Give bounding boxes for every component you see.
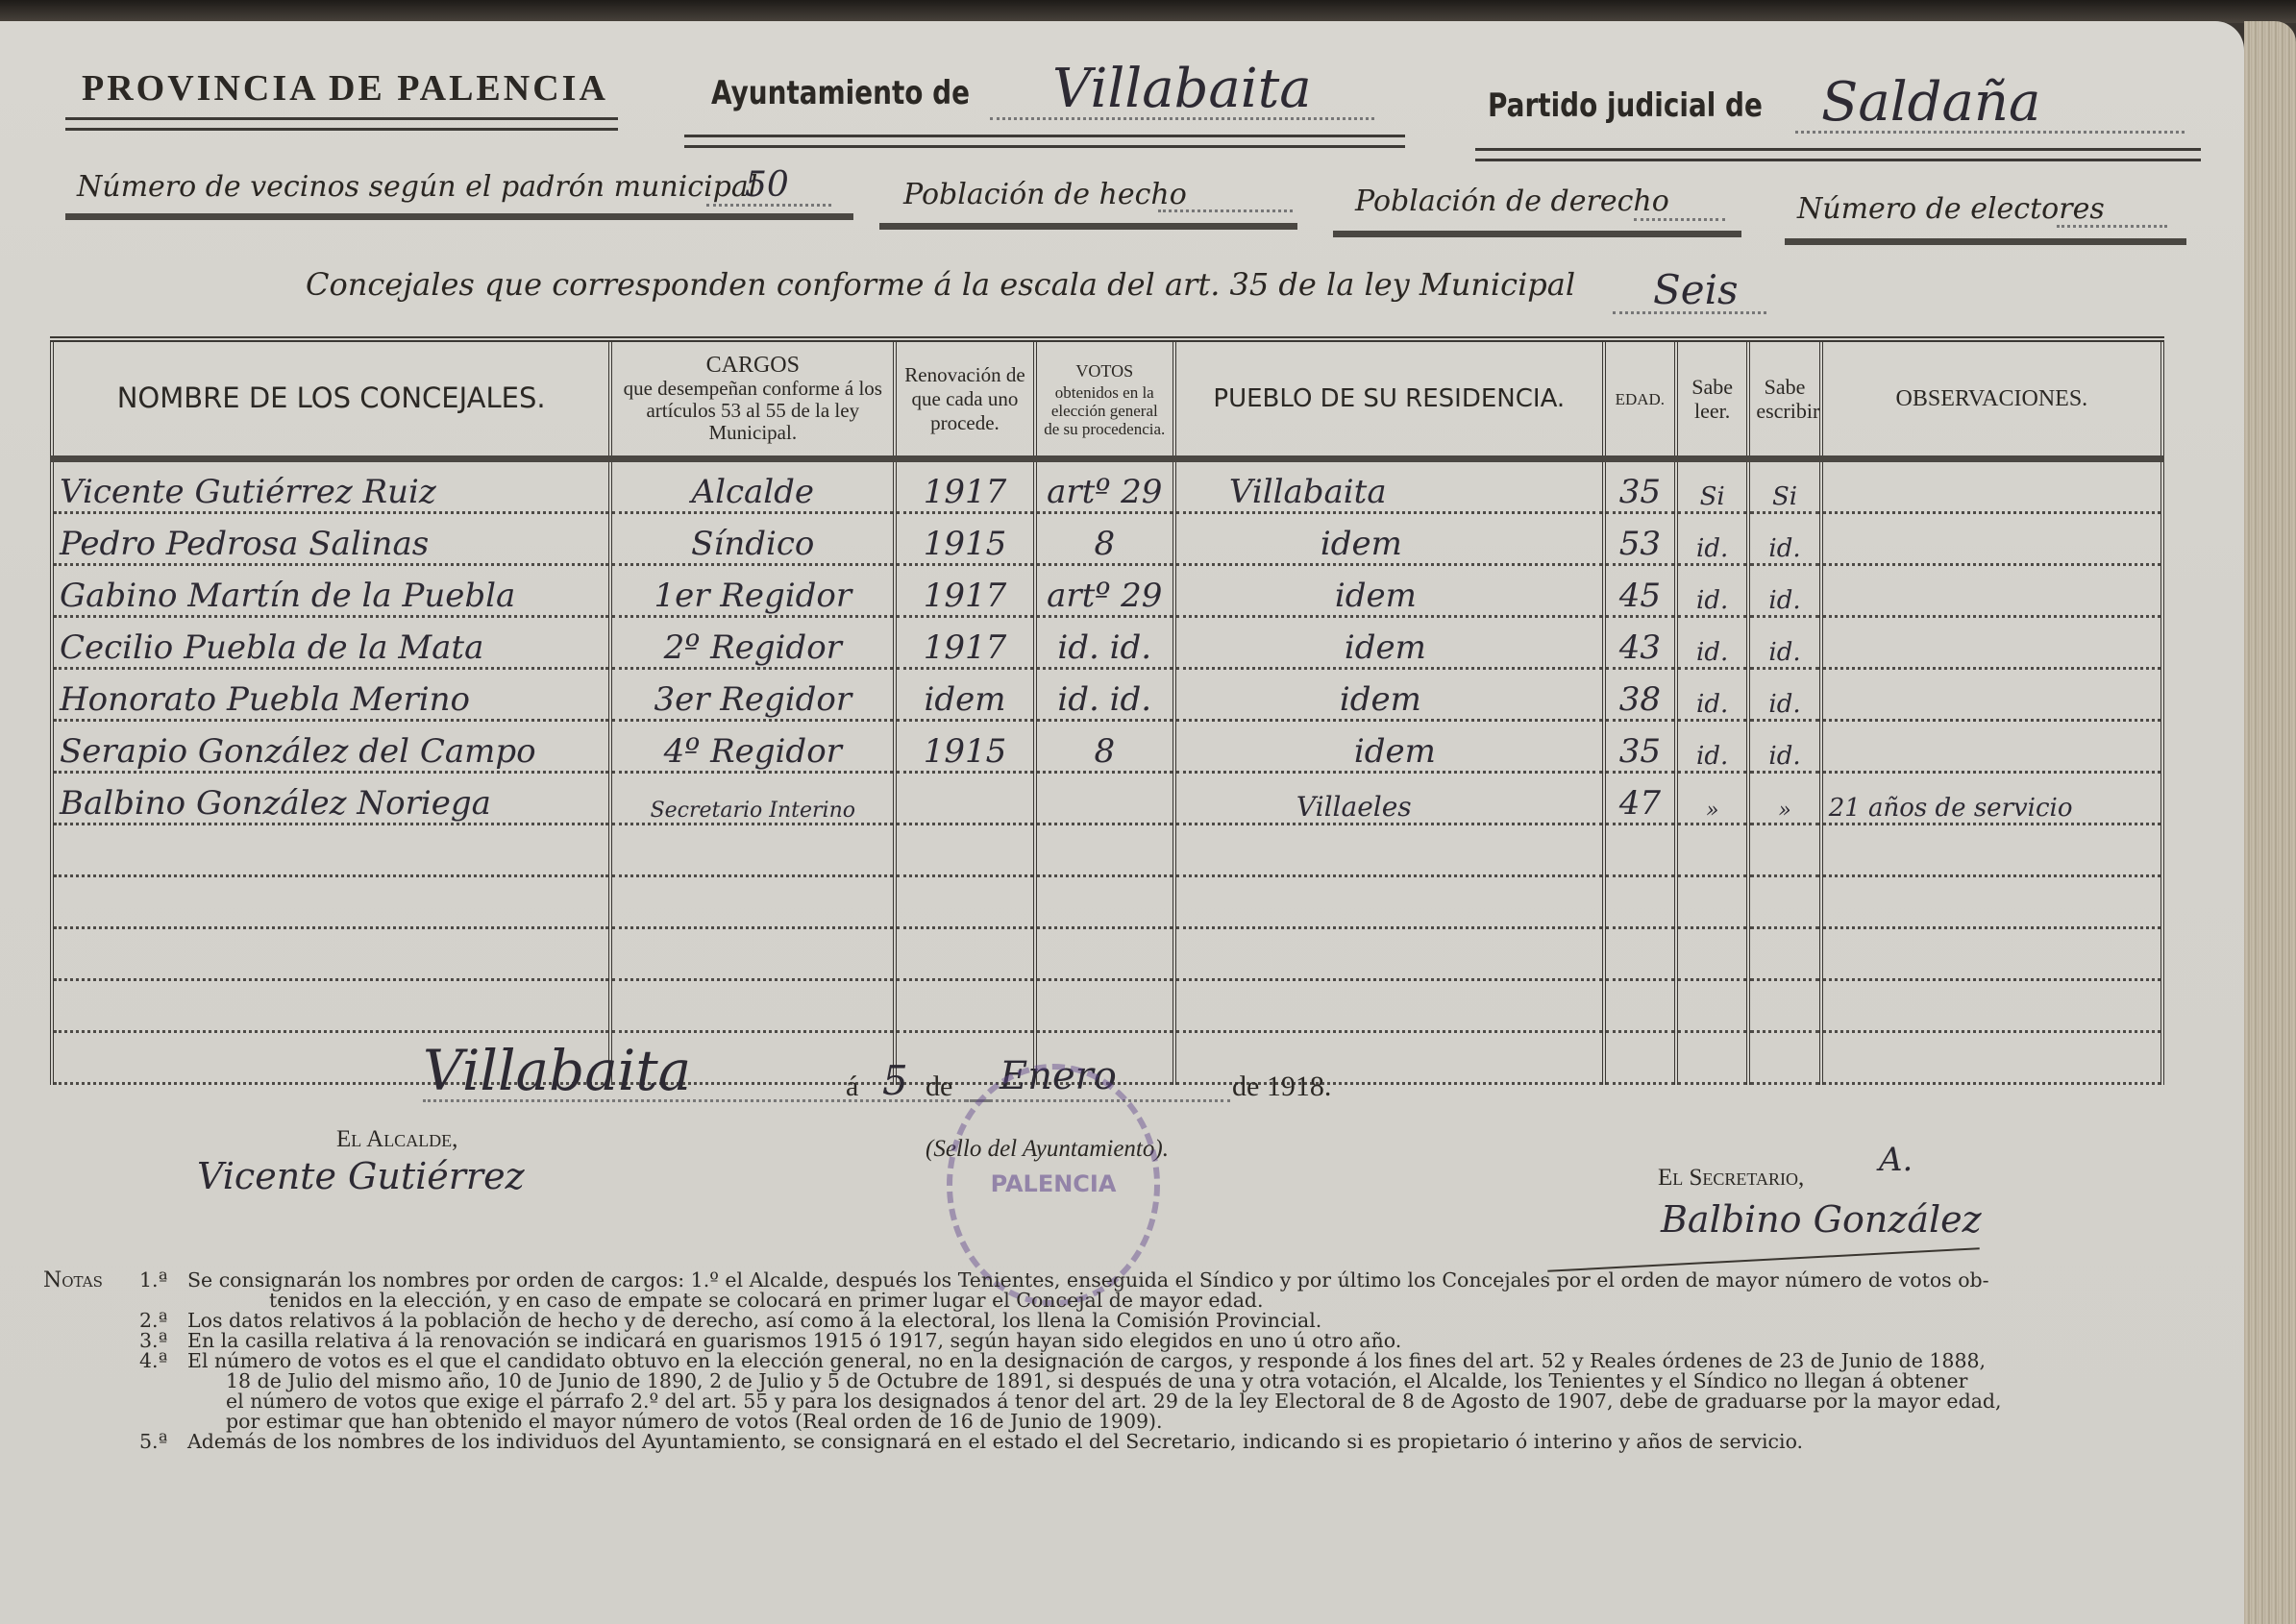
cell-cargo: 3er Regidor: [610, 669, 895, 721]
de-label: de: [926, 1070, 952, 1103]
cell-nombre: Vicente Gutiérrez Ruiz: [52, 459, 610, 513]
table-row: Honorato Puebla Merino 3er Regidor idem …: [52, 669, 2162, 721]
cell-edad: 53: [1604, 513, 1676, 565]
note-number: 5.ª: [139, 1432, 187, 1452]
cell-pueblo: Villaeles: [1174, 773, 1604, 824]
cell-leer: id.: [1676, 721, 1748, 773]
cell-renovacion: 1915: [895, 513, 1034, 565]
cell-cargo: Alcalde: [610, 459, 895, 513]
table-row-empty: [52, 980, 2162, 1032]
col-header-nombre: NOMBRE DE LOS CONCEJALES.: [52, 339, 610, 459]
cell-escribir: id.: [1748, 721, 1820, 773]
document-page: PROVINCIA DE PALENCIA Ayuntamiento de Vi…: [0, 21, 2244, 1624]
note-item: tenidos en la elección, y en caso de emp…: [139, 1291, 2002, 1311]
cell-pueblo: idem: [1174, 721, 1604, 773]
partido-label: Partido judicial de: [1488, 86, 1763, 125]
cell-cargo: Secretario Interino: [610, 773, 895, 824]
poblacion-derecho-field[interactable]: [1634, 218, 1725, 221]
province-title: PROVINCIA DE PALENCIA: [82, 67, 608, 110]
cell-nombre: Pedro Pedrosa Salinas: [52, 513, 610, 565]
note-item: 5.ªAdemás de los nombres de los individu…: [139, 1432, 2002, 1452]
col-header-cargos-title: CARGOS: [618, 354, 887, 378]
place-value: Villabaita: [423, 1038, 691, 1103]
concejales-label: Concejales que corresponden conforme á l…: [306, 266, 1575, 303]
cell-votos: id. id.: [1035, 617, 1174, 669]
note-number: 2.ª: [139, 1311, 187, 1331]
cell-edad: 35: [1604, 721, 1676, 773]
table-row: Serapio González del Campo 4º Regidor 19…: [52, 721, 2162, 773]
cell-nombre: Honorato Puebla Merino: [52, 669, 610, 721]
book-binding: [0, 0, 2296, 23]
cell-leer: Si: [1676, 459, 1748, 513]
col-header-leer: Sabe leer.: [1676, 339, 1748, 459]
cell-votos: artº 29: [1035, 565, 1174, 617]
cell-renovacion: idem: [895, 669, 1034, 721]
cell-votos: artº 29: [1035, 459, 1174, 513]
note-item: 4.ªEl número de votos es el que el candi…: [139, 1351, 2002, 1371]
cell-escribir: Si: [1748, 459, 1820, 513]
cell-pueblo: idem: [1174, 513, 1604, 565]
vecinos-value: 50: [745, 165, 789, 205]
cell-escribir: id.: [1748, 669, 1820, 721]
col-header-cargos-sub: que desempeñan conforme á los artículos …: [618, 378, 887, 444]
col-header-observaciones-text: OBSERVACIONES.: [1896, 386, 2088, 411]
cell-renovacion: 1915: [895, 721, 1034, 773]
divider: [65, 213, 853, 220]
electores-label: Número de electores: [1797, 192, 2105, 226]
cell-nombre: Serapio González del Campo: [52, 721, 610, 773]
divider: [1475, 148, 2201, 161]
partido-value: Saldaña: [1821, 71, 2040, 134]
secretario-signature: Balbino González: [1661, 1198, 1982, 1241]
cell-votos: [1035, 773, 1174, 824]
divider: [1785, 238, 2186, 245]
concejales-table: NOMBRE DE LOS CONCEJALES. CARGOSque dese…: [50, 336, 2164, 1085]
note-number: 4.ª: [139, 1351, 187, 1371]
note-item: 18 de Julio del mismo año, 10 de Junio d…: [139, 1371, 2002, 1391]
cell-edad: 45: [1604, 565, 1676, 617]
poblacion-derecho-label: Población de derecho: [1355, 185, 1669, 218]
divider: [879, 223, 1297, 230]
divider: [1333, 231, 1741, 237]
cell-leer: »: [1676, 773, 1748, 824]
col-header-nombre-text: NOMBRE DE LOS CONCEJALES.: [117, 381, 546, 414]
cell-renovacion: 1917: [895, 459, 1034, 513]
cell-votos: id. id.: [1035, 669, 1174, 721]
col-header-pueblo-text: PUEBLO DE SU RESIDENCIA.: [1213, 384, 1565, 413]
cell-escribir: id.: [1748, 565, 1820, 617]
secretario-label: El Secretario,: [1658, 1165, 1804, 1192]
col-header-cargos: CARGOSque desempeñan conforme á los artí…: [610, 339, 895, 459]
note-text: Además de los nombres de los individuos …: [187, 1430, 1803, 1453]
vecinos-label: Número de vecinos según el padrón munici…: [77, 170, 757, 204]
cell-renovacion: [895, 773, 1034, 824]
cell-renovacion: 1917: [895, 565, 1034, 617]
poblacion-hecho-field[interactable]: [1158, 209, 1293, 212]
cell-edad: 38: [1604, 669, 1676, 721]
cell-pueblo: idem: [1174, 617, 1604, 669]
cell-observaciones: [1821, 669, 2162, 721]
col-header-observaciones: OBSERVACIONES.: [1821, 339, 2162, 459]
cell-cargo: 1er Regidor: [610, 565, 895, 617]
divider: [684, 135, 1405, 148]
table-row: Cecilio Puebla de la Mata 2º Regidor 191…: [52, 617, 2162, 669]
note-item: 3.ªEn la casilla relativa á la renovació…: [139, 1331, 2002, 1351]
cell-renovacion: 1917: [895, 617, 1034, 669]
secretario-mark: A.: [1879, 1141, 1913, 1179]
col-header-escribir: Sabe escribir: [1748, 339, 1820, 459]
electores-field[interactable]: [2057, 225, 2167, 228]
cell-nombre: Balbino González Noriega: [52, 773, 610, 824]
alcalde-label: El Alcalde,: [336, 1126, 457, 1153]
cell-leer: id.: [1676, 617, 1748, 669]
cell-nombre: Cecilio Puebla de la Mata: [52, 617, 610, 669]
table-row-empty: [52, 824, 2162, 876]
col-header-edad: EDAD.: [1604, 339, 1676, 459]
year-label: de 1918.: [1232, 1070, 1331, 1103]
ayuntamiento-label: Ayuntamiento de: [711, 74, 970, 112]
cell-cargo: 2º Regidor: [610, 617, 895, 669]
col-header-escribir-text: Sabe escribir: [1756, 375, 1819, 423]
col-header-renovacion-text: Renovación de que cada uno procede.: [904, 363, 1025, 434]
note-item: 1.ªSe consignarán los nombres por orden …: [139, 1270, 2002, 1291]
cell-pueblo: Villabaita: [1174, 459, 1604, 513]
table-row: Vicente Gutiérrez Ruiz Alcalde 1917 artº…: [52, 459, 2162, 513]
cell-cargo: Síndico: [610, 513, 895, 565]
table-row-empty: [52, 876, 2162, 928]
cell-observaciones: [1821, 565, 2162, 617]
cell-pueblo: idem: [1174, 565, 1604, 617]
cell-observaciones: [1821, 459, 2162, 513]
note-item: por estimar que han obtenido el mayor nú…: [139, 1412, 2002, 1432]
cell-observaciones: [1821, 513, 2162, 565]
note-item: el número de votos que exige el párrafo …: [139, 1391, 2002, 1412]
note-number: 3.ª: [139, 1331, 187, 1351]
ayuntamiento-value: Villabaita: [1052, 58, 1312, 120]
date-day: 5: [882, 1057, 908, 1104]
col-header-votos-title: VOTOS: [1043, 359, 1167, 383]
poblacion-hecho-label: Población de hecho: [903, 178, 1187, 211]
col-header-renovacion: Renovación de que cada uno procede.: [895, 339, 1034, 459]
cell-observaciones: [1821, 617, 2162, 669]
note-number: 1.ª: [139, 1270, 187, 1291]
cell-edad: 43: [1604, 617, 1676, 669]
col-header-edad-text: EDAD.: [1616, 390, 1665, 408]
cell-observaciones: [1821, 721, 2162, 773]
cell-escribir: »: [1748, 773, 1820, 824]
stamp-text: PALENCIA: [952, 1170, 1154, 1197]
col-header-votos-sub: obtenidos en la elección general de su p…: [1043, 383, 1167, 438]
cell-votos: 8: [1035, 513, 1174, 565]
notes-list: 1.ªSe consignarán los nombres por orden …: [139, 1270, 2002, 1452]
cell-cargo: 4º Regidor: [610, 721, 895, 773]
table-header-row: NOMBRE DE LOS CONCEJALES. CARGOSque dese…: [52, 339, 2162, 459]
cell-votos: 8: [1035, 721, 1174, 773]
alcalde-signature: Vicente Gutiérrez: [197, 1155, 525, 1197]
table-row: Gabino Martín de la Puebla 1er Regidor 1…: [52, 565, 2162, 617]
concejales-value: Seis: [1653, 266, 1739, 313]
cell-escribir: id.: [1748, 617, 1820, 669]
divider: [65, 117, 618, 131]
note-item: 2.ªLos datos relativos á la población de…: [139, 1311, 2002, 1331]
cell-nombre: Gabino Martín de la Puebla: [52, 565, 610, 617]
notes-label: Notas: [43, 1270, 103, 1291]
cell-observaciones: 21 años de servicio: [1821, 773, 2162, 824]
table-row: Pedro Pedrosa Salinas Síndico 1915 8 ide…: [52, 513, 2162, 565]
cell-leer: id.: [1676, 669, 1748, 721]
cell-edad: 47: [1604, 773, 1676, 824]
a-label: á: [846, 1070, 858, 1103]
col-header-leer-text: Sabe leer.: [1691, 375, 1733, 423]
page-stack-edge: [2244, 21, 2296, 1624]
cell-pueblo: idem: [1174, 669, 1604, 721]
col-header-votos: VOTOSobtenidos en la elección general de…: [1035, 339, 1174, 459]
cell-leer: id.: [1676, 513, 1748, 565]
col-header-pueblo: PUEBLO DE SU RESIDENCIA.: [1174, 339, 1604, 459]
cell-leer: id.: [1676, 565, 1748, 617]
table-row: Balbino González Noriega Secretario Inte…: [52, 773, 2162, 824]
cell-edad: 35: [1604, 459, 1676, 513]
table-row-empty: [52, 928, 2162, 980]
cell-escribir: id.: [1748, 513, 1820, 565]
